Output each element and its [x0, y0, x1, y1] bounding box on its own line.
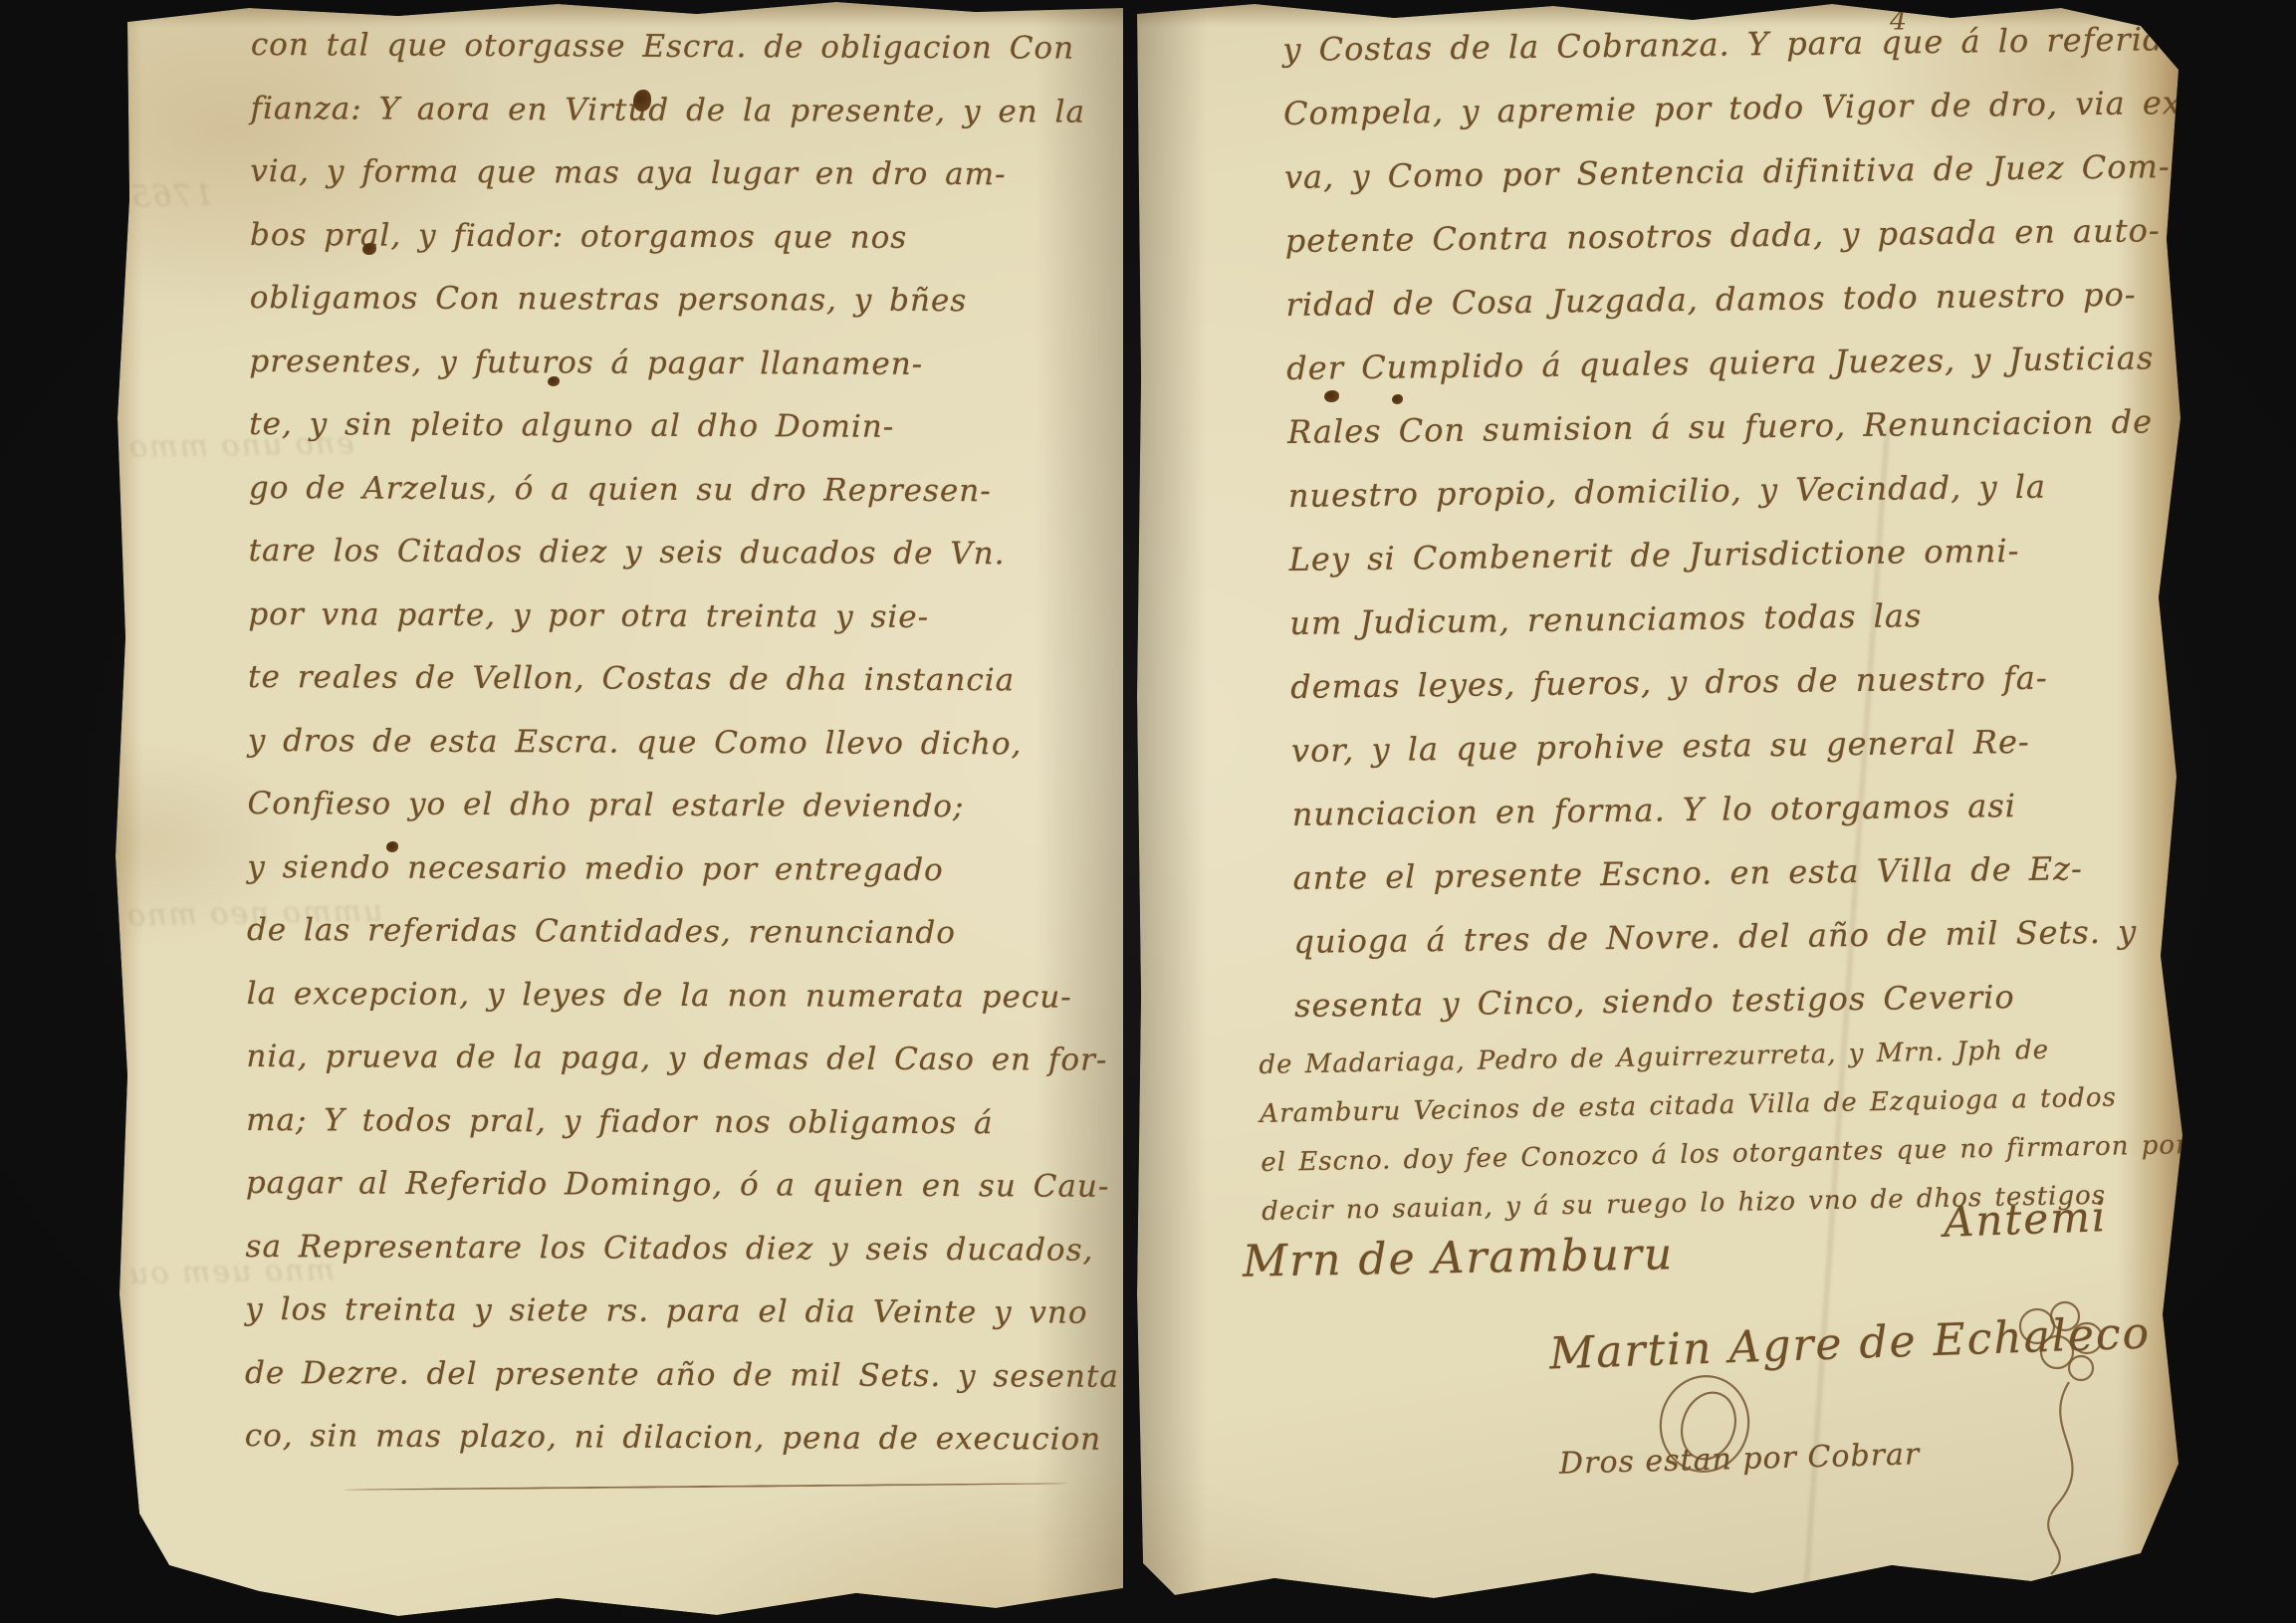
left-page-edge-stain	[106, 0, 141, 1623]
left-page-text-block: con tal que otorgasse Escra. de obligaci…	[245, 14, 1239, 1473]
ink-blot	[386, 841, 398, 852]
manuscript-line: y los treinta y siete rs. para el dia Ve…	[245, 1278, 1233, 1346]
manuscript-line: vor, y la que prohive esta su general Re…	[1291, 706, 2296, 783]
manuscript-line: bos pral, y fiador: otorgamos que nos	[250, 203, 1238, 271]
showthrough-smudge: 1765	[129, 178, 214, 214]
manuscript-line: nia, prueva de la paga, y demas del Caso…	[246, 1026, 1234, 1093]
ink-blot	[362, 243, 376, 255]
ante-mi-label: Antemi	[1943, 1192, 2108, 1247]
manuscript-line: co, sin mas plazo, ni dilacion, pena de …	[245, 1405, 1233, 1473]
manuscript-line: sa Representare los Citados diez y seis …	[245, 1215, 1233, 1282]
manuscript-line: presentes, y futuros á pagar llanamen-	[249, 330, 1237, 397]
manuscript-line: con tal que otorgasse Escra. de obligaci…	[251, 14, 1239, 82]
manuscript-line: ma; Y todos pral, y fiador nos obligamos…	[246, 1088, 1234, 1156]
manuscript-line: ante el presente Escno. en esta Villa de…	[1292, 833, 2296, 910]
signature-rubric-rosette	[1999, 1290, 2119, 1579]
right-page-gutter-shadow	[1137, 0, 1207, 1623]
manuscript-scan: con tal que otorgasse Escra. de obligaci…	[0, 0, 2296, 1623]
manuscript-line: via, y forma que mas aya lugar en dro am…	[250, 140, 1238, 208]
manuscript-line: de Dezre. del presente año de mil Sets. …	[245, 1341, 1233, 1409]
manuscript-line: petente Contra nosotros dada, y pasada e…	[1284, 196, 2296, 273]
ink-blot	[1324, 390, 1339, 402]
manuscript-line: te reales de Vellon, Costas de dha insta…	[248, 646, 1236, 714]
manuscript-line: obligamos Con nuestras personas, y bñes	[250, 267, 1238, 335]
manuscript-line: tare los Citados diez y seis ducados de …	[249, 520, 1237, 587]
witness-signature: Mrn de Aramburu	[1243, 1229, 1675, 1287]
manuscript-line: fianza: Y aora en Virtud de la presente,…	[250, 77, 1238, 144]
showthrough-smudge: ummo neo mno	[125, 894, 383, 934]
showthrough-smudge: eno uno mmo	[127, 426, 354, 465]
manuscript-line: demas leyes, fueros, y dros de nuestro f…	[1290, 642, 2296, 719]
signature-rubric-loop	[1635, 1366, 1784, 1486]
ink-blot	[633, 90, 651, 112]
manuscript-line: quioga á tres de Novre. del año de mil S…	[1293, 897, 2296, 974]
ink-blot	[1392, 394, 1403, 404]
manuscript-line: nunciacion en forma. Y lo otorgamos asi	[1291, 770, 2296, 846]
ink-blot	[548, 376, 560, 386]
manuscript-line: la excepcion, y leyes de la non numerata…	[247, 962, 1235, 1030]
manuscript-line: go de Arzelus, ó a quien su dro Represen…	[249, 456, 1237, 524]
manuscript-line: pagar al Referido Domingo, ó a quien en …	[246, 1152, 1234, 1220]
showthrough-smudge: mno uem ou	[127, 1253, 335, 1291]
manuscript-line: y dros de esta Escra. que Como llevo dic…	[248, 709, 1236, 777]
manuscript-line: te, y sin pleito alguno al dho Domin-	[249, 393, 1237, 461]
right-page-text-block: y Costas de la Cobranza. Y para que á lo…	[1282, 5, 2296, 1038]
manuscript-line: de las referidas Cantidades, renunciando	[247, 899, 1235, 967]
manuscript-line: Rales Con sumision á su fuero, Renunciac…	[1287, 387, 2296, 464]
manuscript-line: Confieso yo el dho pral estarle deviendo…	[247, 773, 1235, 840]
manuscript-line: por vna parte, y por otra treinta y sie-	[248, 582, 1236, 650]
